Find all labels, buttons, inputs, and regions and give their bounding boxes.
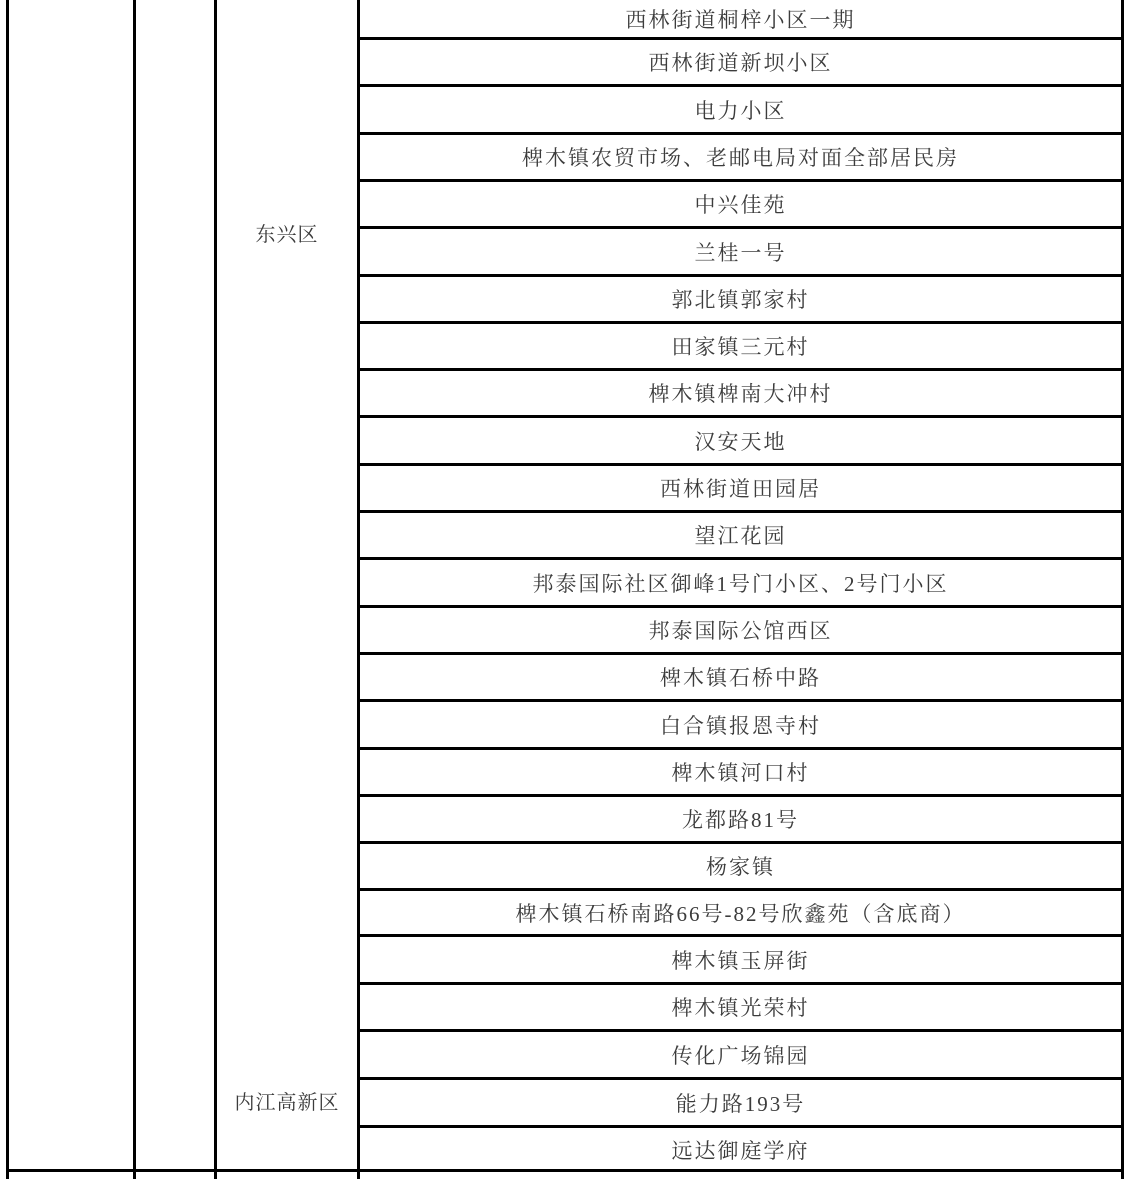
location-cell: 西林街道田园居 <box>360 466 1121 513</box>
document-page: 东兴区 内江高新区 西林街道桐梓小区一期西林街道新坝小区电力小区椑木镇农贸市场、… <box>0 0 1134 1179</box>
location-cell: 兰桂一号 <box>360 229 1121 277</box>
table-border-right <box>1121 0 1124 1179</box>
district-cell-neijiang-gaoxin: 内江高新区 <box>217 1090 357 1116</box>
location-cell: 椑木镇光荣村 <box>360 985 1121 1032</box>
location-cell: 西林街道新坝小区 <box>360 40 1121 87</box>
location-cell: 椑木镇玉屏街 <box>360 937 1121 985</box>
location-cell: 杨家镇 <box>360 844 1121 891</box>
table-border-left <box>6 0 9 1179</box>
location-cell: 远达御庭学府 <box>360 1128 1121 1172</box>
location-cell: 电力小区 <box>360 87 1121 135</box>
location-cell: 西林街道桐梓小区一期 <box>360 0 1121 40</box>
location-cell: 望江花园 <box>360 513 1121 560</box>
location-cell: 传化广场锦园 <box>360 1032 1121 1080</box>
column-divider-1 <box>133 0 136 1179</box>
location-cell: 邦泰国际公馆西区 <box>360 608 1121 655</box>
location-cell: 椑木镇农贸市场、老邮电局对面全部居民房 <box>360 135 1121 182</box>
location-cell: 汉安天地 <box>360 418 1121 466</box>
district-cell-dongxing: 东兴区 <box>217 222 357 248</box>
location-cell: 椑木镇河口村 <box>360 750 1121 797</box>
location-cell: 椑木镇石桥中路 <box>360 655 1121 702</box>
column-divider-2 <box>214 0 217 1179</box>
location-cell: 椑木镇椑南大冲村 <box>360 371 1121 418</box>
location-cell: 能力路193号 <box>360 1080 1121 1128</box>
location-cell: 邦泰国际社区御峰1号门小区、2号门小区 <box>360 560 1121 608</box>
location-cell: 田家镇三元村 <box>360 324 1121 371</box>
location-cell: 郭北镇郭家村 <box>360 277 1121 324</box>
location-cell: 中兴佳苑 <box>360 182 1121 229</box>
location-cell: 白合镇报恩寺村 <box>360 702 1121 750</box>
location-cell: 龙都路81号 <box>360 797 1121 844</box>
location-cell: 椑木镇石桥南路66号-82号欣鑫苑（含底商） <box>360 891 1121 937</box>
